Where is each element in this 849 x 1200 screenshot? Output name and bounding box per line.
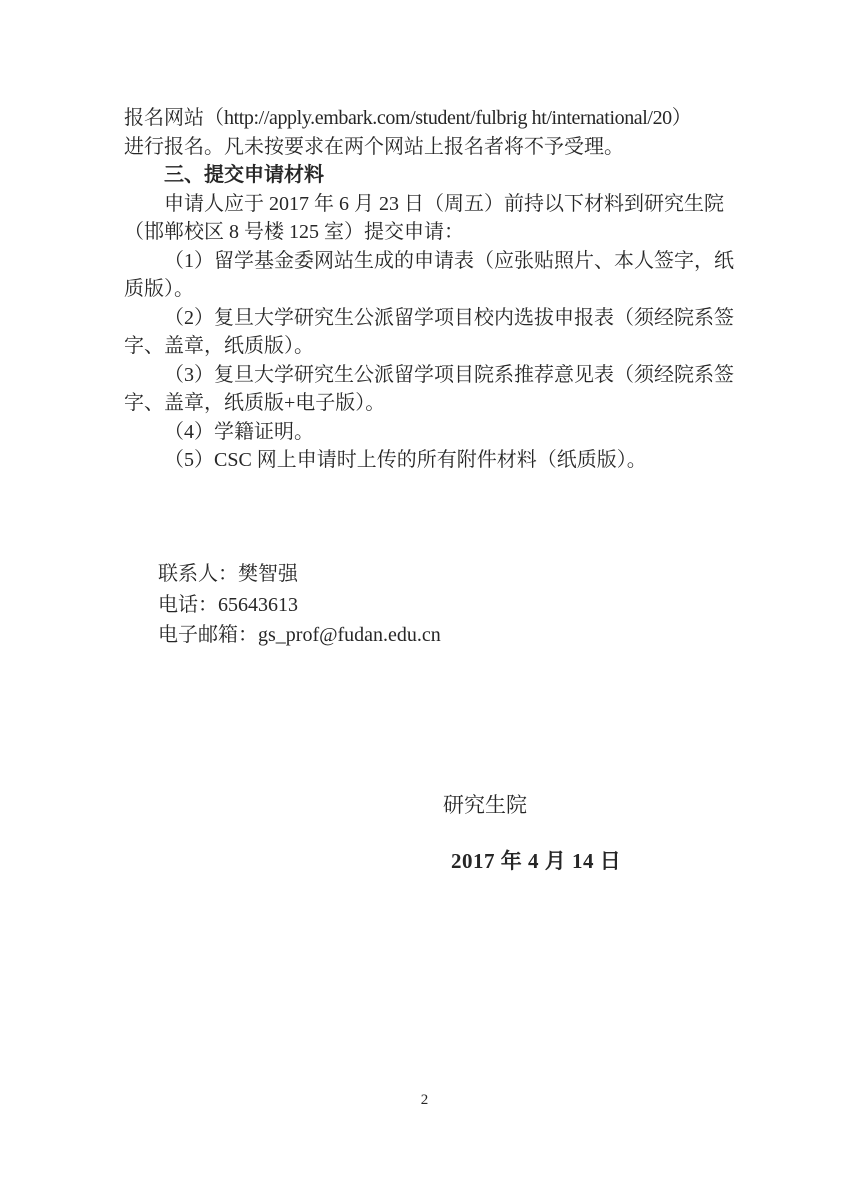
registration-url: http://apply.embark.com/student/fulbrig … (224, 107, 672, 129)
item-5-line: （5）CSC 网上申请时上传的所有附件材料（纸质版）。 (124, 446, 764, 475)
item-2-line: （2）复旦大学研究生公派留学项目校内选拔申报表（须经院系签 (124, 304, 764, 333)
contact-block: 联系人：樊智强 电话：65643613 电子邮箱：gs_prof@fudan.e… (158, 559, 441, 651)
registration-url-prefix: 报名网站（ (124, 107, 224, 129)
item-3-continuation: 字、盖章，纸质版+电子版）。 (124, 389, 764, 418)
registration-note-line: 进行报名。凡未按要求在两个网站上报名者将不予受理。 (124, 133, 764, 162)
registration-url-suffix: ） (672, 107, 692, 129)
document-page: 报名网站（http://apply.embark.com/student/ful… (0, 0, 849, 1200)
document-body: 报名网站（http://apply.embark.com/student/ful… (124, 104, 764, 475)
item-1-continuation: 质版）。 (124, 275, 764, 304)
item-2-continuation: 字、盖章，纸质版）。 (124, 332, 764, 361)
registration-url-line: 报名网站（http://apply.embark.com/student/ful… (124, 104, 764, 133)
item-1-line: （1）留学基金委网站生成的申请表（应张贴照片、本人签字，纸 (124, 247, 764, 276)
signature-date: 2017 年 4 月 14 日 (451, 845, 621, 875)
contact-phone: 电话：65643613 (158, 590, 441, 621)
deadline-line: 申请人应于 2017 年 6 月 23 日（周五）前持以下材料到研究生院 (124, 190, 764, 219)
contact-email: 电子邮箱：gs_prof@fudan.edu.cn (158, 620, 441, 651)
signature-organization: 研究生院 (443, 789, 527, 819)
address-line: （邯郸校区 8 号楼 125 室）提交申请： (124, 218, 764, 247)
item-4-line: （4）学籍证明。 (124, 418, 764, 447)
page-number: 2 (0, 1092, 849, 1109)
item-3-line: （3）复旦大学研究生公派留学项目院系推荐意见表（须经院系签 (124, 361, 764, 390)
heading-submit-materials: 三、提交申请材料 (124, 161, 764, 190)
contact-person: 联系人：樊智强 (158, 559, 441, 590)
